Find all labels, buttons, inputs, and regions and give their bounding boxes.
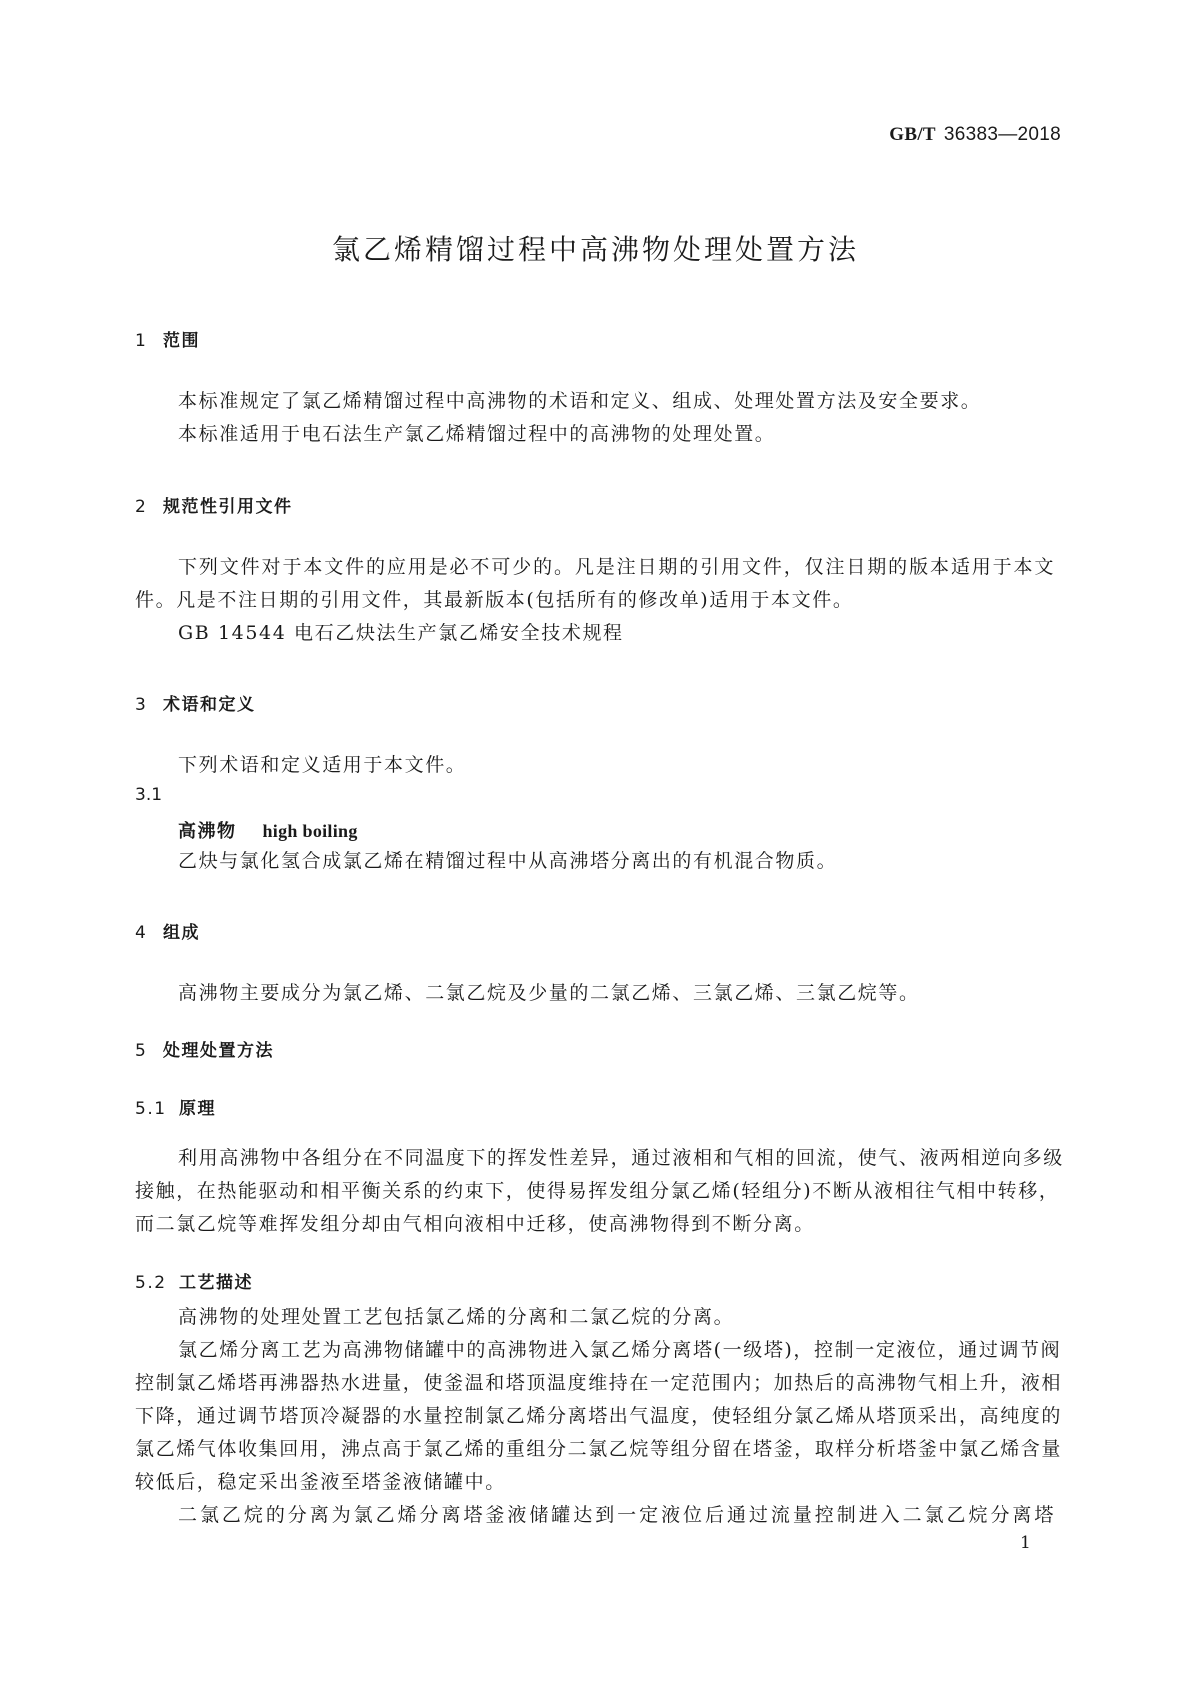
section-1-heading: 1范围 xyxy=(135,326,200,351)
paragraph: 高沸物的处理处置工艺包括氯乙烯的分离和二氯乙烷的分离。 xyxy=(178,1305,1055,1329)
section-5-1-heading: 5.1原理 xyxy=(135,1094,216,1119)
section-title: 处理处置方法 xyxy=(163,1041,274,1061)
section-number: 1 xyxy=(135,331,163,351)
paragraph-line: 较低后，稳定采出釜液至塔釜液储罐中。 xyxy=(135,1470,1055,1494)
paragraph-line: 下列文件对于本文件的应用是必不可少的。凡是注日期的引用文件，仅注日期的版本适用于… xyxy=(178,555,1055,579)
term-definition: 乙炔与氯化氢合成氯乙烯在精馏过程中从高沸塔分离出的有机混合物质。 xyxy=(178,849,1055,873)
paragraph-line: 接触，在热能驱动和相平衡关系的约束下，使得易挥发组分氯乙烯(轻组分)不断从液相往… xyxy=(135,1179,1055,1203)
paragraph: 本标准适用于电石法生产氯乙烯精馏过程中的高沸物的处理处置。 xyxy=(178,422,1055,446)
section-title: 术语和定义 xyxy=(163,695,256,715)
term-entry: 高沸物high boiling xyxy=(178,817,358,843)
section-title: 规范性引用文件 xyxy=(163,497,293,517)
section-5-heading: 5处理处置方法 xyxy=(135,1036,274,1061)
term-number: 3.1 xyxy=(135,785,162,805)
section-4-heading: 4组成 xyxy=(135,918,200,943)
paragraph-line: 利用高沸物中各组分在不同温度下的挥发性差异，通过液相和气相的回流，使气、液两相逆… xyxy=(178,1146,1055,1170)
page-number: 1 xyxy=(1020,1533,1031,1553)
document-page: GB/T36383—2018 氯乙烯精馏过程中高沸物处理处置方法 1范围 本标准… xyxy=(0,0,1191,1684)
term-zh: 高沸物 xyxy=(178,821,237,842)
section-number: 2 xyxy=(135,497,163,517)
section-3-heading: 3术语和定义 xyxy=(135,690,256,715)
section-title: 原理 xyxy=(179,1099,216,1119)
standard-prefix: GB/T xyxy=(889,124,936,145)
document-title: 氯乙烯精馏过程中高沸物处理处置方法 xyxy=(0,228,1191,268)
section-number: 5.2 xyxy=(135,1273,179,1293)
section-number: 5 xyxy=(135,1041,163,1061)
paragraph-line: 氯乙烯气体收集回用，沸点高于氯乙烯的重组分二氯乙烷等组分留在塔釜，取样分析塔釜中… xyxy=(135,1437,1055,1461)
paragraph: 本标准规定了氯乙烯精馏过程中高沸物的术语和定义、组成、处理处置方法及安全要求。 xyxy=(178,389,1055,413)
section-number: 4 xyxy=(135,923,163,943)
paragraph-line: 氯乙烯分离工艺为高沸物储罐中的高沸物进入氯乙烯分离塔(一级塔)，控制一定液位，通… xyxy=(178,1338,1055,1362)
normative-reference: GB 14544 电石乙炔法生产氯乙烯安全技术规程 xyxy=(178,621,1055,645)
section-5-2-heading: 5.2工艺描述 xyxy=(135,1268,253,1293)
paragraph-line: 控制氯乙烯塔再沸器热水进量，使釜温和塔顶温度维持在一定范围内；加热后的高沸物气相… xyxy=(135,1371,1055,1395)
section-2-heading: 2规范性引用文件 xyxy=(135,492,293,517)
paragraph-line: 下降，通过调节塔顶冷凝器的水量控制氯乙烯分离塔出气温度，使轻组分氯乙烯从塔顶采出… xyxy=(135,1404,1055,1428)
paragraph: 下列术语和定义适用于本文件。 xyxy=(178,753,1055,777)
section-number: 3 xyxy=(135,695,163,715)
section-title: 工艺描述 xyxy=(179,1273,253,1293)
standard-code: GB/T36383—2018 xyxy=(889,124,1061,146)
section-title: 范围 xyxy=(163,331,200,351)
standard-number: 36383—2018 xyxy=(944,124,1061,145)
paragraph-line: 件。凡是不注日期的引用文件，其最新版本(包括所有的修改单)适用于本文件。 xyxy=(135,588,1055,612)
section-number: 5.1 xyxy=(135,1099,179,1119)
paragraph-line: 二氯乙烷的分离为氯乙烯分离塔釜液储罐达到一定液位后通过流量控制进入二氯乙烷分离塔 xyxy=(178,1503,1055,1527)
paragraph-line: 而二氯乙烷等难挥发组分却由气相向液相中迁移，使高沸物得到不断分离。 xyxy=(135,1212,1055,1236)
section-title: 组成 xyxy=(163,923,200,943)
paragraph: 高沸物主要成分为氯乙烯、二氯乙烷及少量的二氯乙烯、三氯乙烯、三氯乙烷等。 xyxy=(178,981,1055,1005)
term-en: high boiling xyxy=(263,821,358,841)
